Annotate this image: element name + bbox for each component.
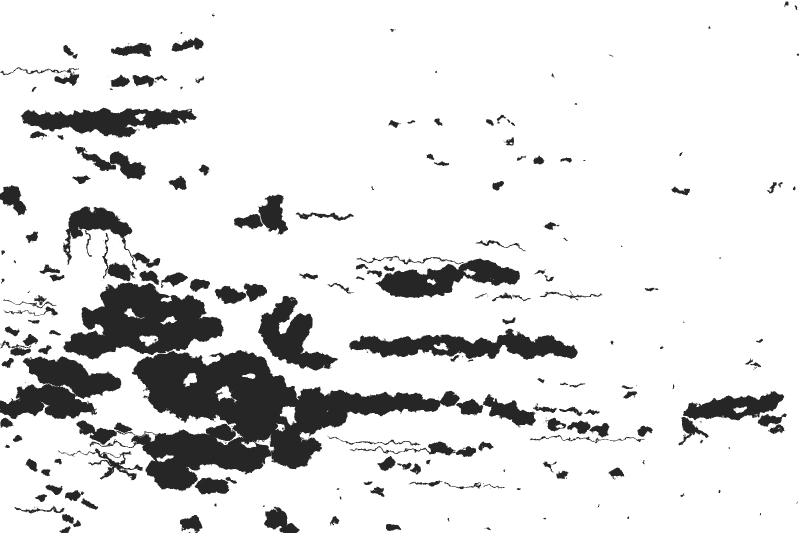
ink-blob [480, 442, 496, 450]
ink-speck [619, 246, 621, 248]
ink-blob [330, 519, 340, 523]
texture-hole [197, 465, 213, 475]
ink-blob [560, 409, 580, 414]
ink-speck [595, 505, 597, 507]
texture-hole [489, 278, 495, 282]
ink-blob [243, 284, 267, 300]
ink-blob [65, 345, 75, 351]
texture-hole [300, 431, 310, 439]
ink-speck [796, 54, 799, 57]
ink-speck [339, 489, 342, 492]
texture-hole [218, 391, 232, 399]
ink-stroke [540, 295, 573, 296]
ink-blob [298, 439, 322, 455]
ink-blob [791, 188, 796, 191]
ink-blob [62, 527, 70, 533]
ink-blob [227, 479, 239, 483]
texture-hole [201, 356, 219, 364]
ink-speck [577, 101, 579, 103]
ink-blob [32, 88, 38, 92]
ink-speck [672, 385, 674, 387]
texture-hole [434, 342, 446, 348]
ink-blob [73, 176, 91, 184]
ink-speck [504, 469, 507, 472]
ink-blob [466, 359, 474, 362]
ink-blob [183, 517, 201, 533]
ink-speck [707, 29, 710, 32]
ink-blob [146, 260, 158, 266]
ink-speck [545, 517, 547, 519]
ink-blob [62, 514, 74, 522]
ink-blob [2, 421, 14, 429]
texture-hole [425, 279, 435, 285]
ink-speck [392, 28, 394, 30]
ink-speck [437, 72, 440, 75]
texture-hole [134, 116, 146, 121]
ink-blob [68, 72, 73, 75]
texture-hole [244, 371, 256, 379]
ink-speck [729, 448, 731, 450]
ink-speck [611, 341, 614, 344]
ink-speck [14, 261, 17, 264]
ink-speck [179, 87, 181, 89]
ink-speck [552, 75, 555, 78]
ink-blob [357, 266, 367, 271]
ink-speck [609, 55, 611, 57]
ink-speck [4, 254, 7, 257]
ink-blob [434, 121, 442, 125]
ink-blob [34, 495, 46, 501]
texture-hole [466, 271, 474, 276]
ink-stroke [50, 409, 95, 411]
ink-speck [643, 463, 645, 465]
ink-blob [34, 298, 46, 302]
texture-hole [163, 316, 177, 324]
ink-speck [486, 529, 489, 532]
ink-blob [769, 428, 785, 433]
texture-hole [94, 326, 106, 334]
ink-speck [2, 277, 5, 280]
ink-blob [406, 122, 418, 125]
ink-blob [70, 52, 78, 58]
ink-blob [49, 330, 61, 336]
ink-blob [102, 126, 138, 136]
texture-hole [124, 311, 136, 319]
ink-blob [493, 183, 501, 189]
ink-speck [212, 13, 214, 15]
ink-blob [117, 424, 133, 432]
ink-blob [424, 461, 432, 465]
ink-speck [27, 289, 29, 291]
ink-speck [340, 494, 343, 497]
ink-blob [532, 158, 542, 162]
texture-hole [182, 375, 198, 385]
ink-blob [110, 76, 128, 86]
ink-speck [759, 510, 762, 513]
ink-speck [182, 34, 184, 36]
ink-blob [1, 445, 9, 451]
ink-blob [199, 168, 211, 173]
ink-speck [661, 346, 664, 349]
ink-speck [681, 320, 683, 322]
texture-svg [0, 0, 800, 533]
ink-blob [155, 78, 165, 83]
ink-blob [192, 41, 202, 47]
ink-speck [718, 490, 721, 493]
ink-speck [700, 440, 703, 443]
ink-blob [51, 460, 59, 465]
texture-hole [142, 336, 158, 344]
texture-hole [509, 142, 513, 145]
ink-stroke [495, 297, 512, 298]
ink-speck [214, 504, 217, 507]
ink-speck [372, 185, 374, 187]
ink-speck [264, 504, 267, 507]
ink-blob [356, 278, 364, 282]
texture-hole [732, 405, 748, 411]
ink-blob [388, 523, 400, 531]
ink-speck [518, 489, 521, 492]
texture-hole [112, 396, 128, 404]
grunge-texture-image [0, 0, 800, 533]
ink-stroke [516, 298, 528, 299]
ink-speck [445, 517, 448, 520]
ink-stroke [15, 510, 62, 511]
ink-speck [794, 499, 796, 501]
texture-hole [284, 407, 296, 423]
ink-blob [546, 275, 554, 279]
texture-hole [243, 441, 257, 449]
ink-speck [716, 257, 719, 260]
ink-blob [55, 135, 65, 140]
ink-speck [759, 338, 762, 341]
ink-blob [532, 347, 548, 357]
ink-speck [681, 156, 683, 158]
texture-hole [159, 455, 171, 461]
ink-blob [573, 383, 581, 386]
ink-blob [592, 426, 608, 434]
texture-hole [159, 297, 171, 303]
ink-speck [109, 89, 112, 92]
ink-speck [786, 2, 790, 6]
ink-speck [564, 239, 566, 241]
texture-hole [556, 424, 564, 428]
ink-speck [681, 496, 684, 499]
ink-speck [794, 7, 797, 10]
ink-blob [503, 320, 515, 325]
ink-speck [198, 79, 201, 82]
ink-blob [27, 233, 39, 243]
texture-hole [224, 471, 236, 479]
ink-speck [630, 517, 633, 520]
ink-speck [584, 157, 586, 159]
ink-blob [190, 280, 210, 290]
ink-blob [511, 123, 517, 126]
